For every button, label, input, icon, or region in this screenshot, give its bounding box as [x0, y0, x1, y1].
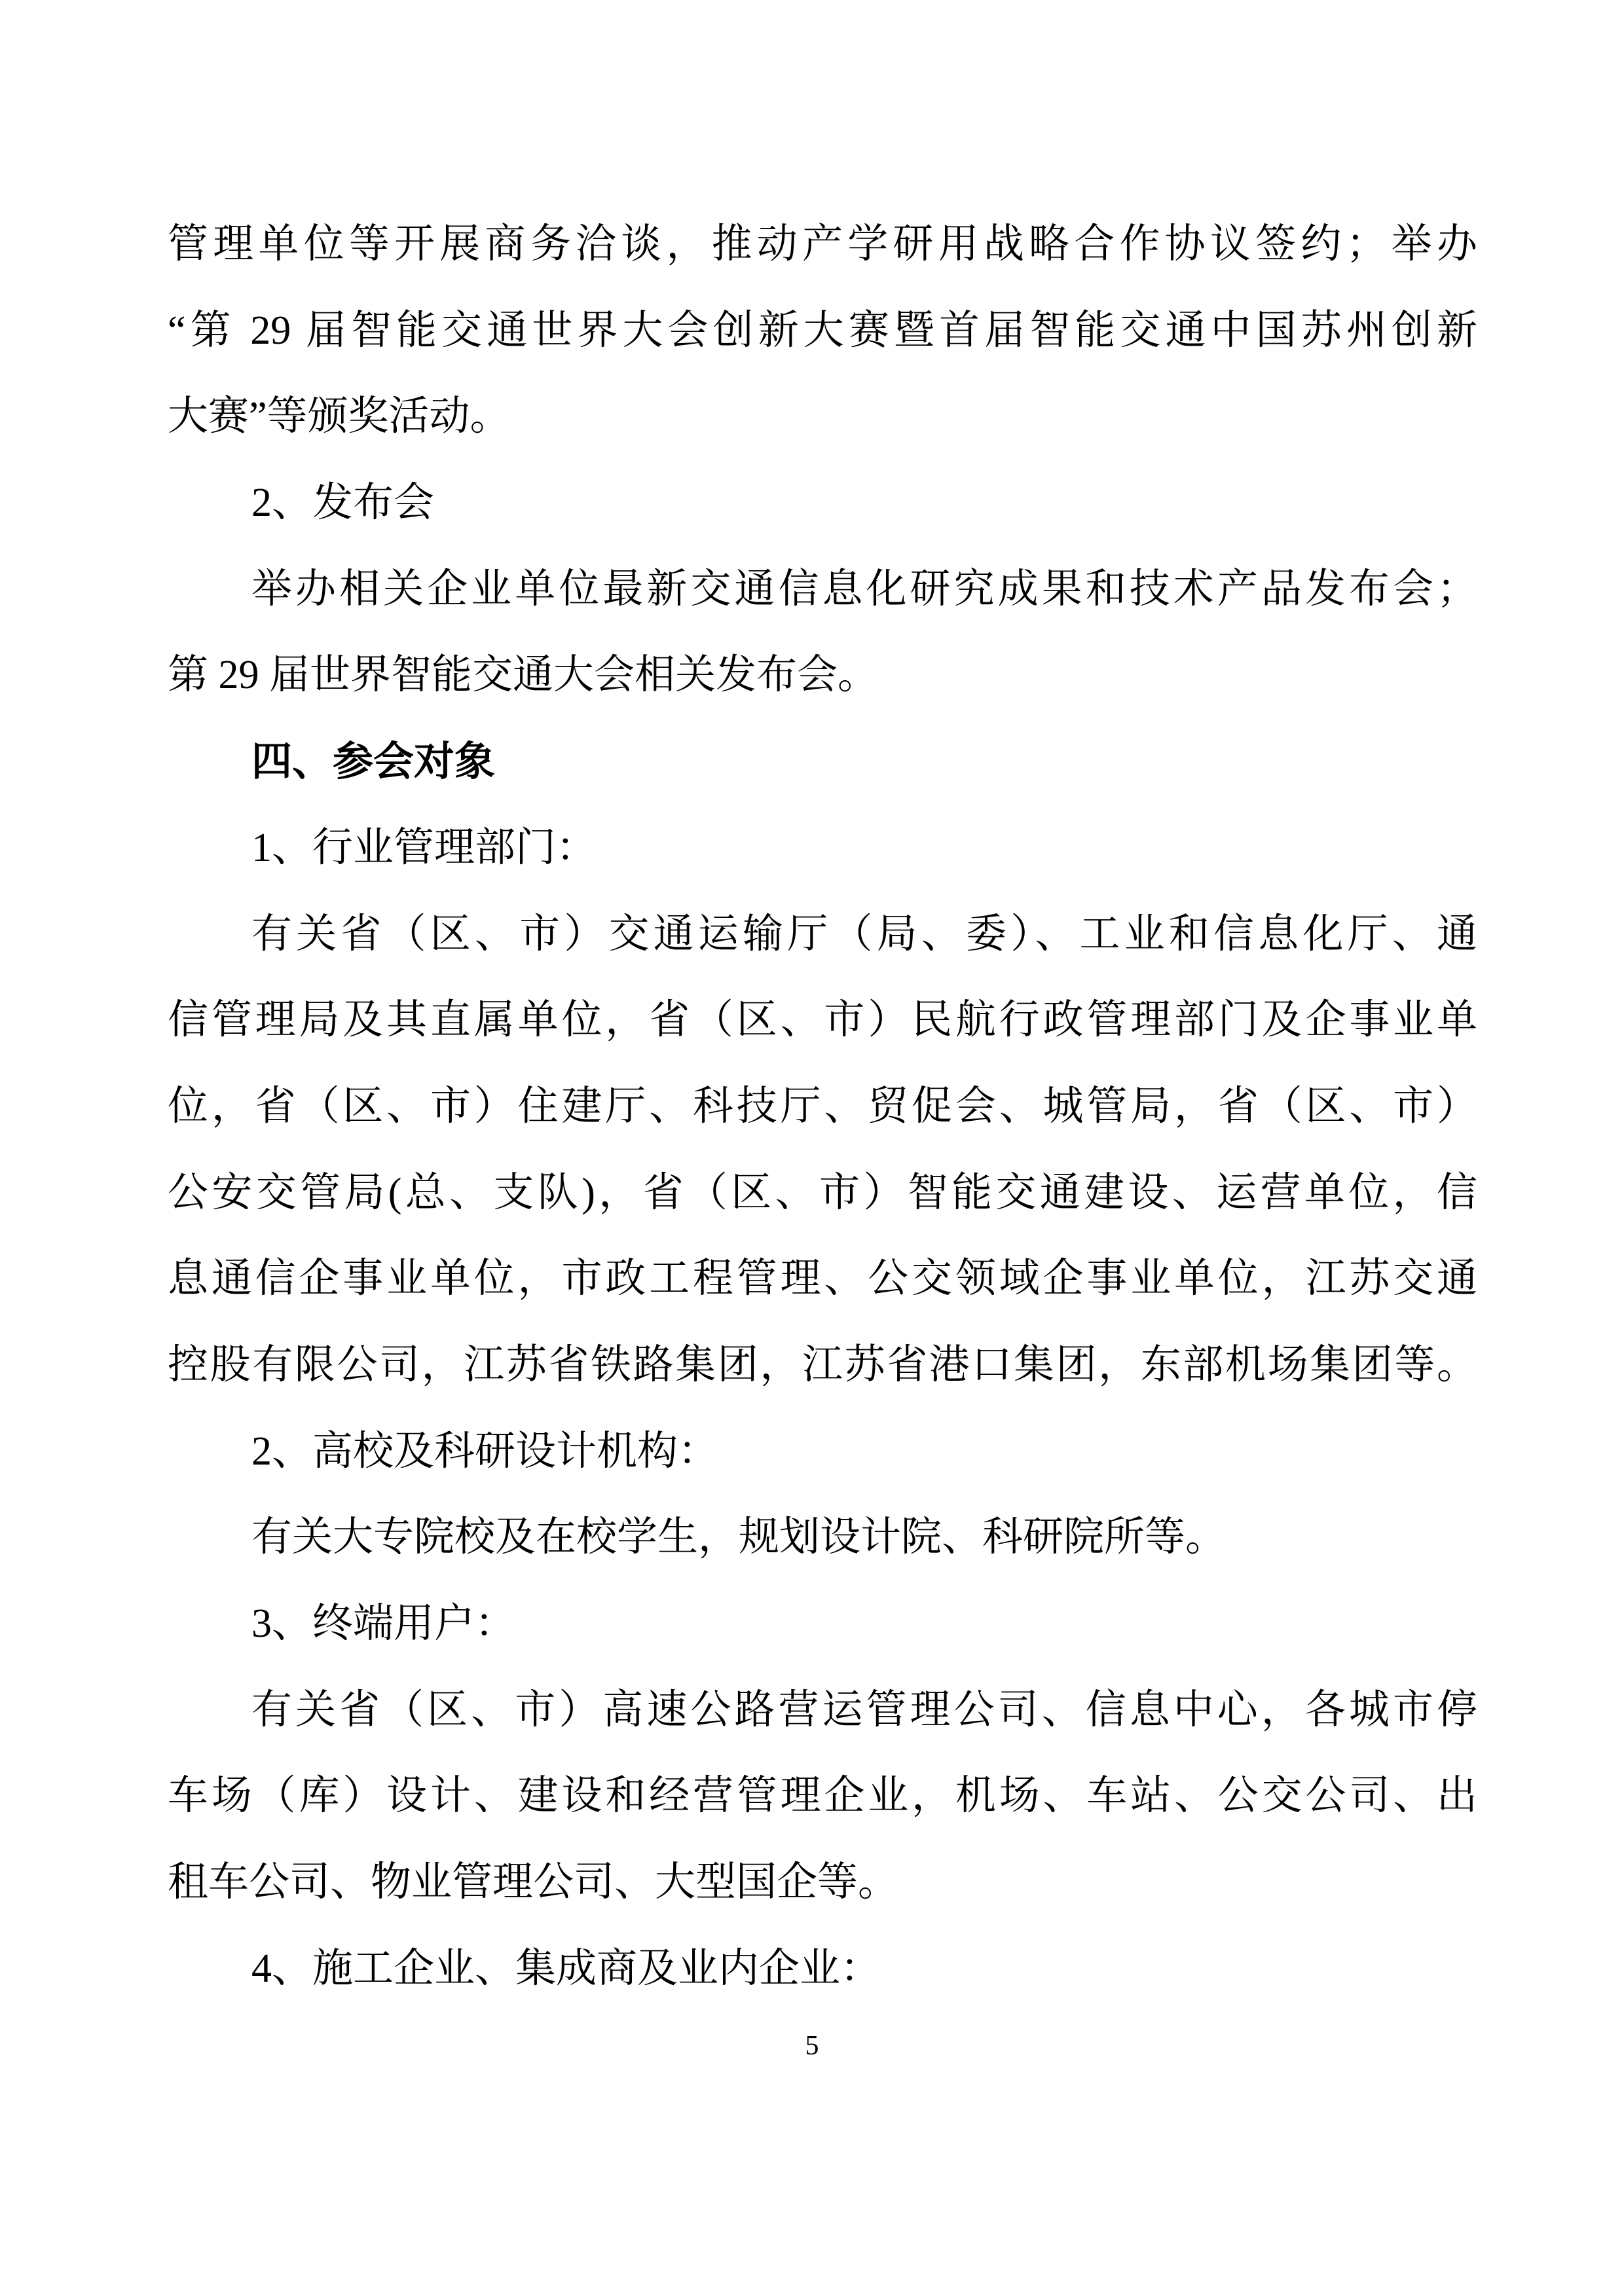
document-line: “第 29 届智能交通世界大会创新大赛暨首届智能交通中国苏州创新 — [168, 288, 1477, 374]
document-line: 位，省（区、市）住建厅、科技厅、贸促会、城管局，省（区、市） — [168, 1064, 1477, 1150]
document-line: 1、行业管理部门： — [168, 805, 1477, 892]
document-line: 有关大专院校及在校学生，规划设计院、科研院所等。 — [168, 1495, 1477, 1581]
document-line: 4、施工企业、集成商及业内企业： — [168, 1926, 1477, 2013]
document-line: 举办相关企业单位最新交通信息化研究成果和技术产品发布会； — [168, 547, 1477, 633]
document-line: 3、终端用户： — [168, 1581, 1477, 1667]
document-line: 息通信企事业单位，市政工程管理、公交领域企事业单位，江苏交通 — [168, 1236, 1477, 1322]
document-line: 信管理局及其直属单位，省（区、市）民航行政管理部门及企事业单 — [168, 977, 1477, 1064]
page-footer: 5 — [0, 2026, 1624, 2066]
document-line: 车场（库）设计、建设和经营管理企业，机场、车站、公交公司、出 — [168, 1753, 1477, 1840]
document-line: 公安交管局(总、支队)，省（区、市）智能交通建设、运营单位，信 — [168, 1150, 1477, 1237]
document-line: 有关省（区、市）高速公路营运管理公司、信息中心，各城市停 — [168, 1667, 1477, 1754]
document-line: 有关省（区、市）交通运输厅（局、委）、工业和信息化厅、通 — [168, 892, 1477, 978]
document-line: 2、发布会 — [168, 460, 1477, 547]
document-body: 管理单位等开展商务洽谈，推动产学研用战略合作协议签约；举办“第 29 届智能交通… — [168, 202, 1477, 2012]
document-line: 2、高校及科研设计机构： — [168, 1409, 1477, 1495]
document-line: 大赛”等颁奖活动。 — [168, 374, 1477, 460]
document-line: 管理单位等开展商务洽谈，推动产学研用战略合作协议签约；举办 — [168, 202, 1477, 288]
page-number: 5 — [805, 2031, 819, 2061]
page: 管理单位等开展商务洽谈，推动产学研用战略合作协议签约；举办“第 29 届智能交通… — [0, 0, 1624, 2296]
document-line: 第 29 届世界智能交通大会相关发布会。 — [168, 632, 1477, 719]
document-line: 控股有限公司，江苏省铁路集团，江苏省港口集团，东部机场集团等。 — [168, 1322, 1477, 1409]
document-line: 租车公司、物业管理公司、大型国企等。 — [168, 1840, 1477, 1926]
document-line: 四、参会对象 — [168, 719, 1477, 805]
